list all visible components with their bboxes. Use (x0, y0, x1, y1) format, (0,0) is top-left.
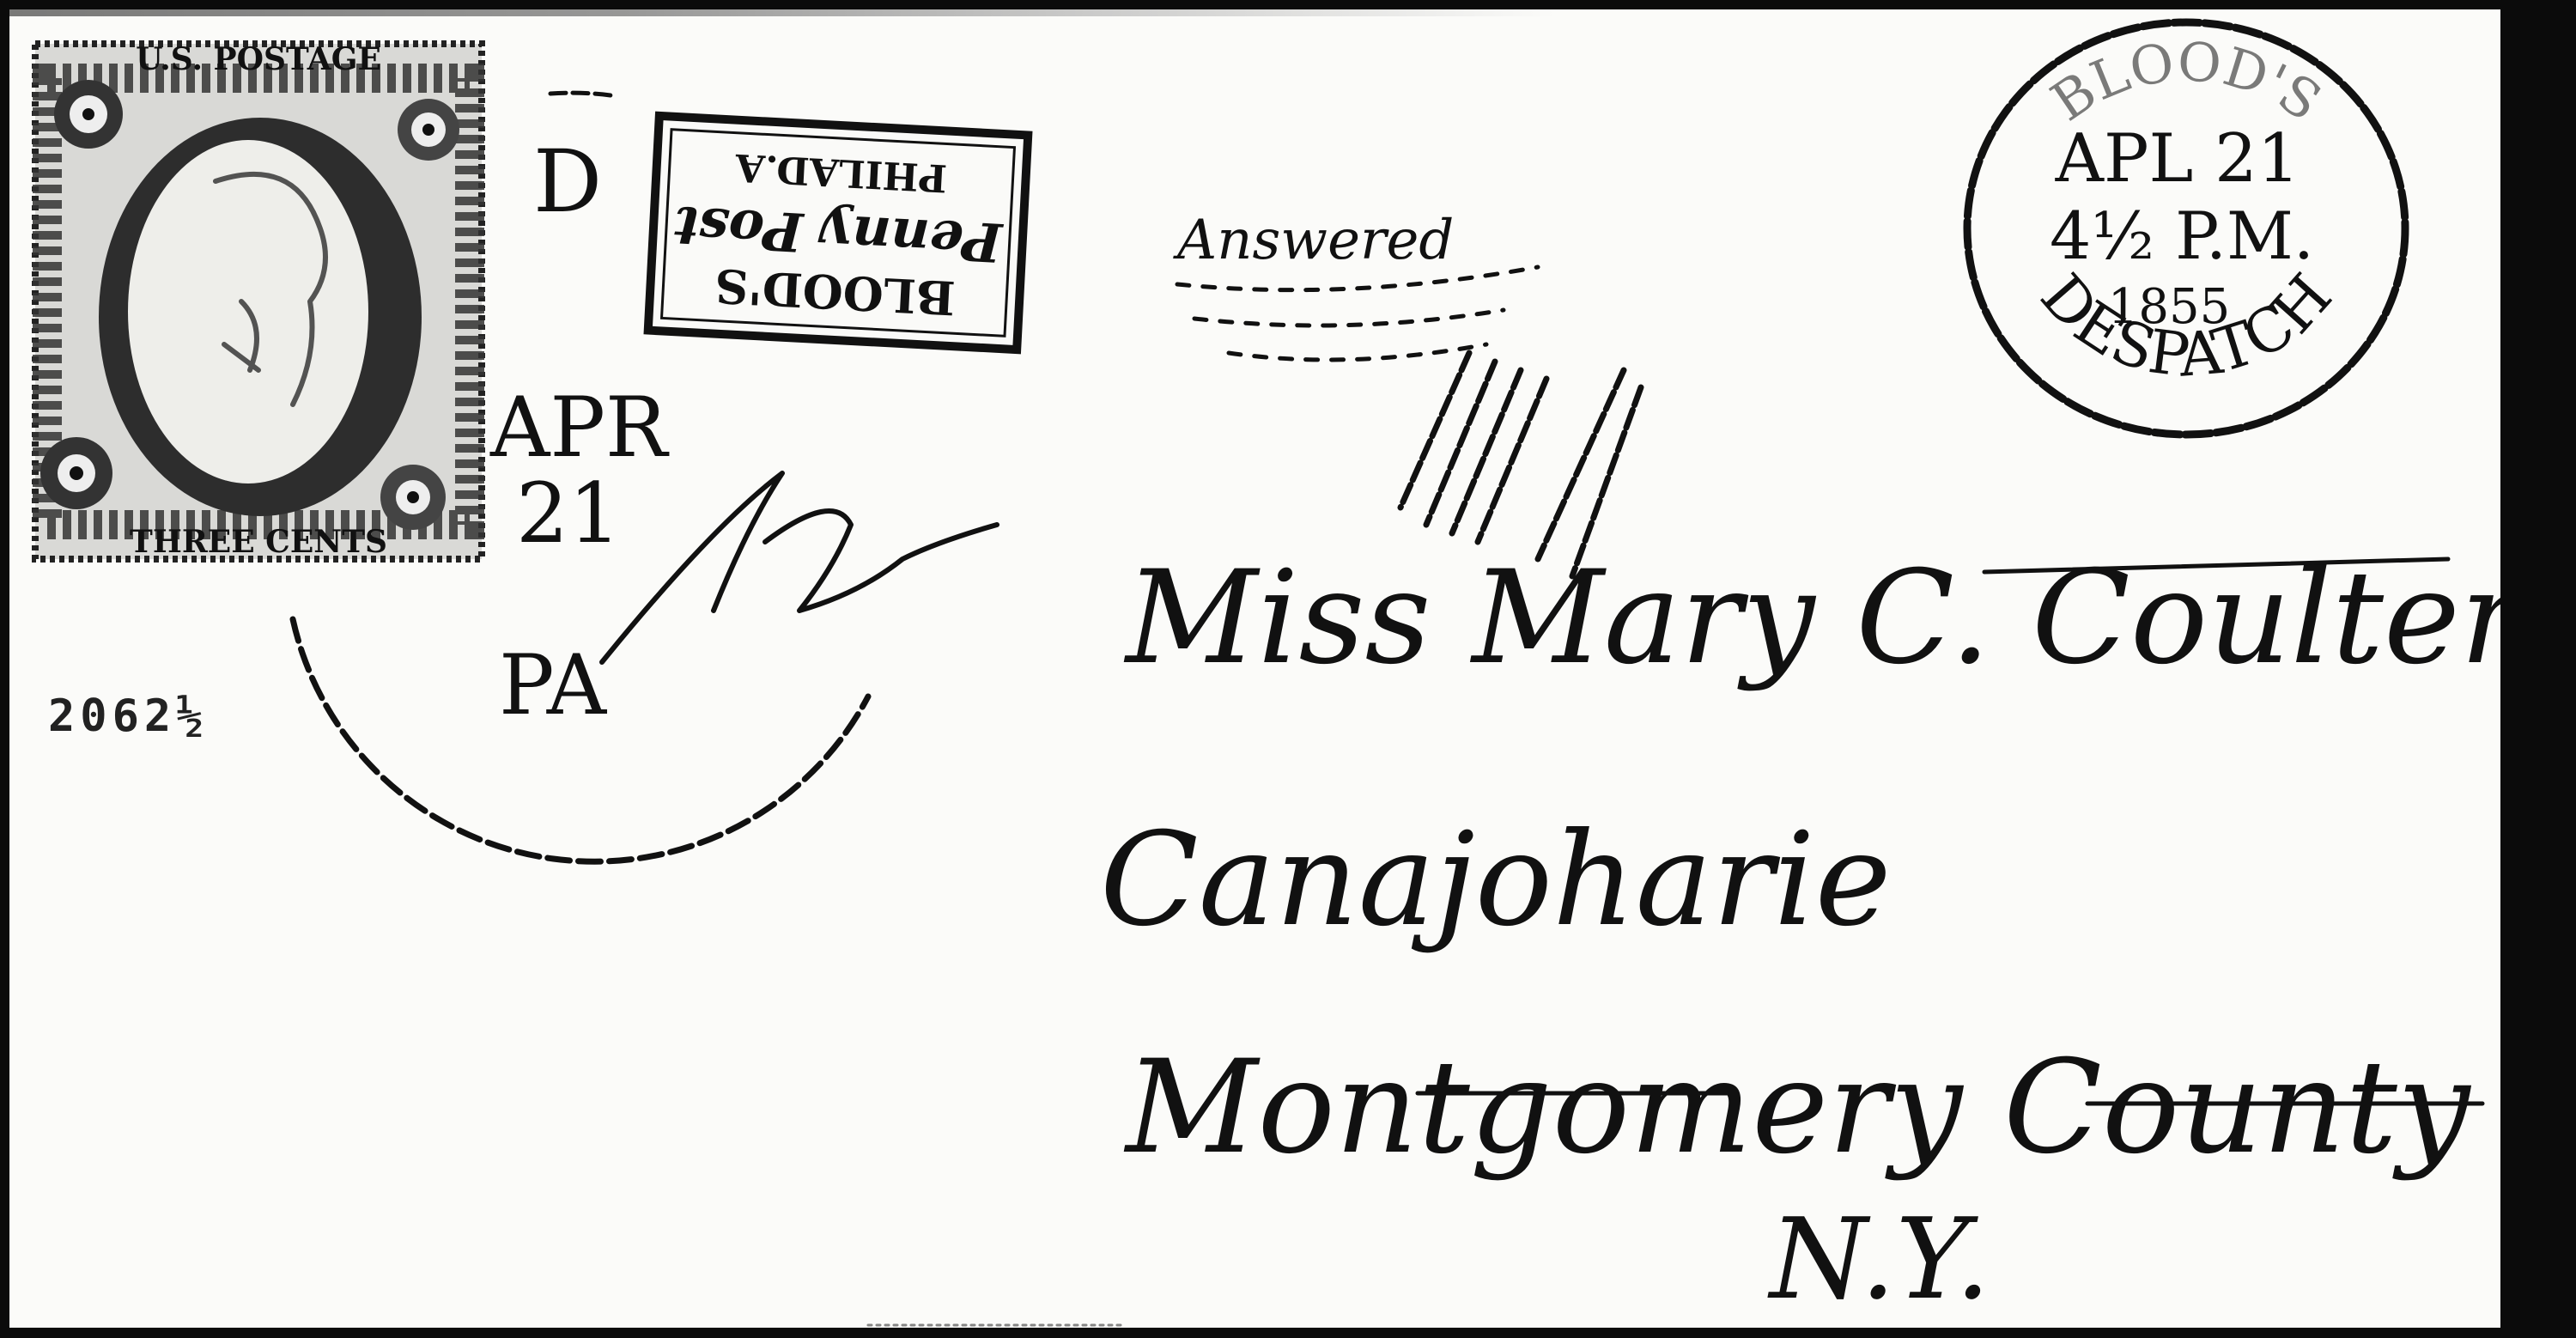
address-line-name: Miss Mary C. Coulter (1123, 544, 2500, 693)
cds-state: PA (499, 637, 608, 733)
svg-text:Answered: Answered (1173, 209, 1454, 272)
stamp-bottom-text: THREE CENTS (130, 524, 387, 560)
address-line-state: N.Y. (1767, 1194, 1990, 1324)
scan-border: U.S. POSTAGE THREE CENTS D APR 21 PA BLO… (0, 0, 2576, 1338)
address-line-town: Canajoharie (1100, 806, 1892, 955)
cds-letter: D (533, 131, 602, 232)
cds-month: APR (489, 380, 670, 476)
envelope-cover: U.S. POSTAGE THREE CENTS D APR 21 PA BLO… (9, 9, 2500, 1328)
postage-stamp: U.S. POSTAGE THREE CENTS (35, 41, 482, 560)
bloods-penny-post-label: BLOOD'S Penny Post PHILAD.A (648, 116, 1028, 350)
bloods-despatch-postmark: BLOOD'S APL 21 4½ P.M. 1855 DESPATCH (1967, 22, 2405, 435)
cds-date: APL 21 (2055, 120, 2300, 198)
cover-artwork: U.S. POSTAGE THREE CENTS D APR 21 PA BLO… (9, 9, 2500, 1328)
cds-time: 4½ P.M. (2050, 198, 2314, 274)
address-line-county: Montgomery County (1123, 1033, 2472, 1183)
stamp-top-text: U.S. POSTAGE (136, 41, 381, 77)
cds-day: 21 (516, 465, 621, 562)
docket-note: Answered (1173, 209, 1641, 576)
address-block: Miss Mary C. Coulter Canajoharie Montgom… (602, 473, 2500, 1324)
catalog-number: 2062½ (48, 690, 209, 742)
